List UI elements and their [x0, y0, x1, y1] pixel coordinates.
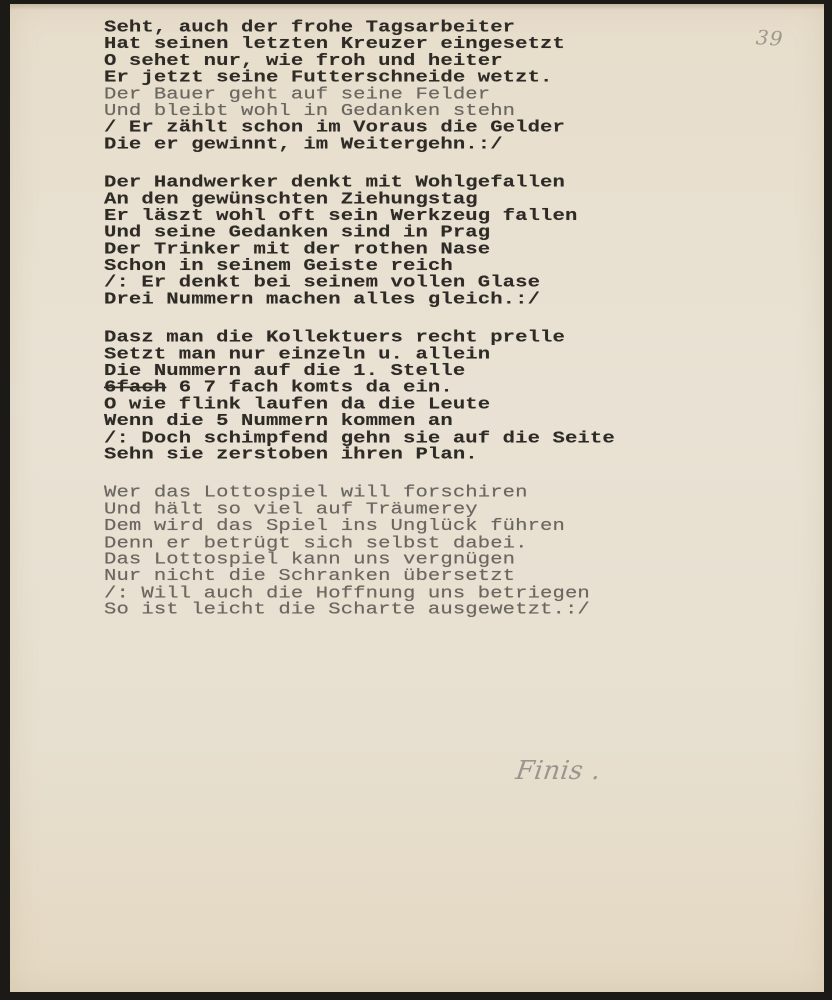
poem-line: / Er zählt schon im Voraus die Gelder: [104, 120, 615, 137]
document-page: 39 Seht, auch der frohe Tagsarbeiter Hat…: [10, 4, 824, 992]
poem-line: Die er gewinnt, im Weitergehn.:/: [104, 137, 615, 154]
poem-line: So ist leicht die Scharte ausgewetzt.:/: [104, 602, 615, 619]
poem-line: Und seine Gedanken sind in Prag: [104, 225, 615, 242]
handwritten-page-number: 39: [755, 25, 784, 51]
poem-line: Er jetzt seine Futterschneide wetzt.: [104, 70, 615, 87]
poem-line: Dasz man die Kollektuers recht prelle: [104, 330, 615, 347]
poem-line: Wenn die 5 Nummern kommen an: [104, 414, 615, 431]
poem-line-with-correction: 6fach 6 7 fach komts da ein.: [104, 380, 615, 397]
typewritten-poem: Seht, auch der frohe Tagsarbeiter Hat se…: [104, 20, 615, 640]
poem-line: Wer das Lottospiel will forschiren: [104, 485, 615, 502]
stanza-4: Wer das Lottospiel will forschiren Und h…: [104, 485, 615, 619]
poem-line: Drei Nummern machen alles gleich.:/: [104, 292, 615, 309]
poem-line: Nur nicht die Schranken übersetzt: [104, 569, 615, 586]
stanza-3: Dasz man die Kollektuers recht prelle Se…: [104, 330, 615, 464]
poem-line: Hat seinen letzten Kreuzer eingesetzt: [104, 37, 615, 54]
stanza-1: Seht, auch der frohe Tagsarbeiter Hat se…: [104, 20, 615, 154]
poem-line: Dem wird das Spiel ins Unglück führen: [104, 519, 615, 536]
poem-line: Der Handwerker denkt mit Wohlgefallen: [104, 175, 615, 192]
poem-line: Sehn sie zerstoben ihren Plan.: [104, 447, 615, 464]
stanza-2: Der Handwerker denkt mit Wohlgefallen An…: [104, 175, 615, 309]
handwritten-finis: Finis .: [514, 756, 603, 786]
